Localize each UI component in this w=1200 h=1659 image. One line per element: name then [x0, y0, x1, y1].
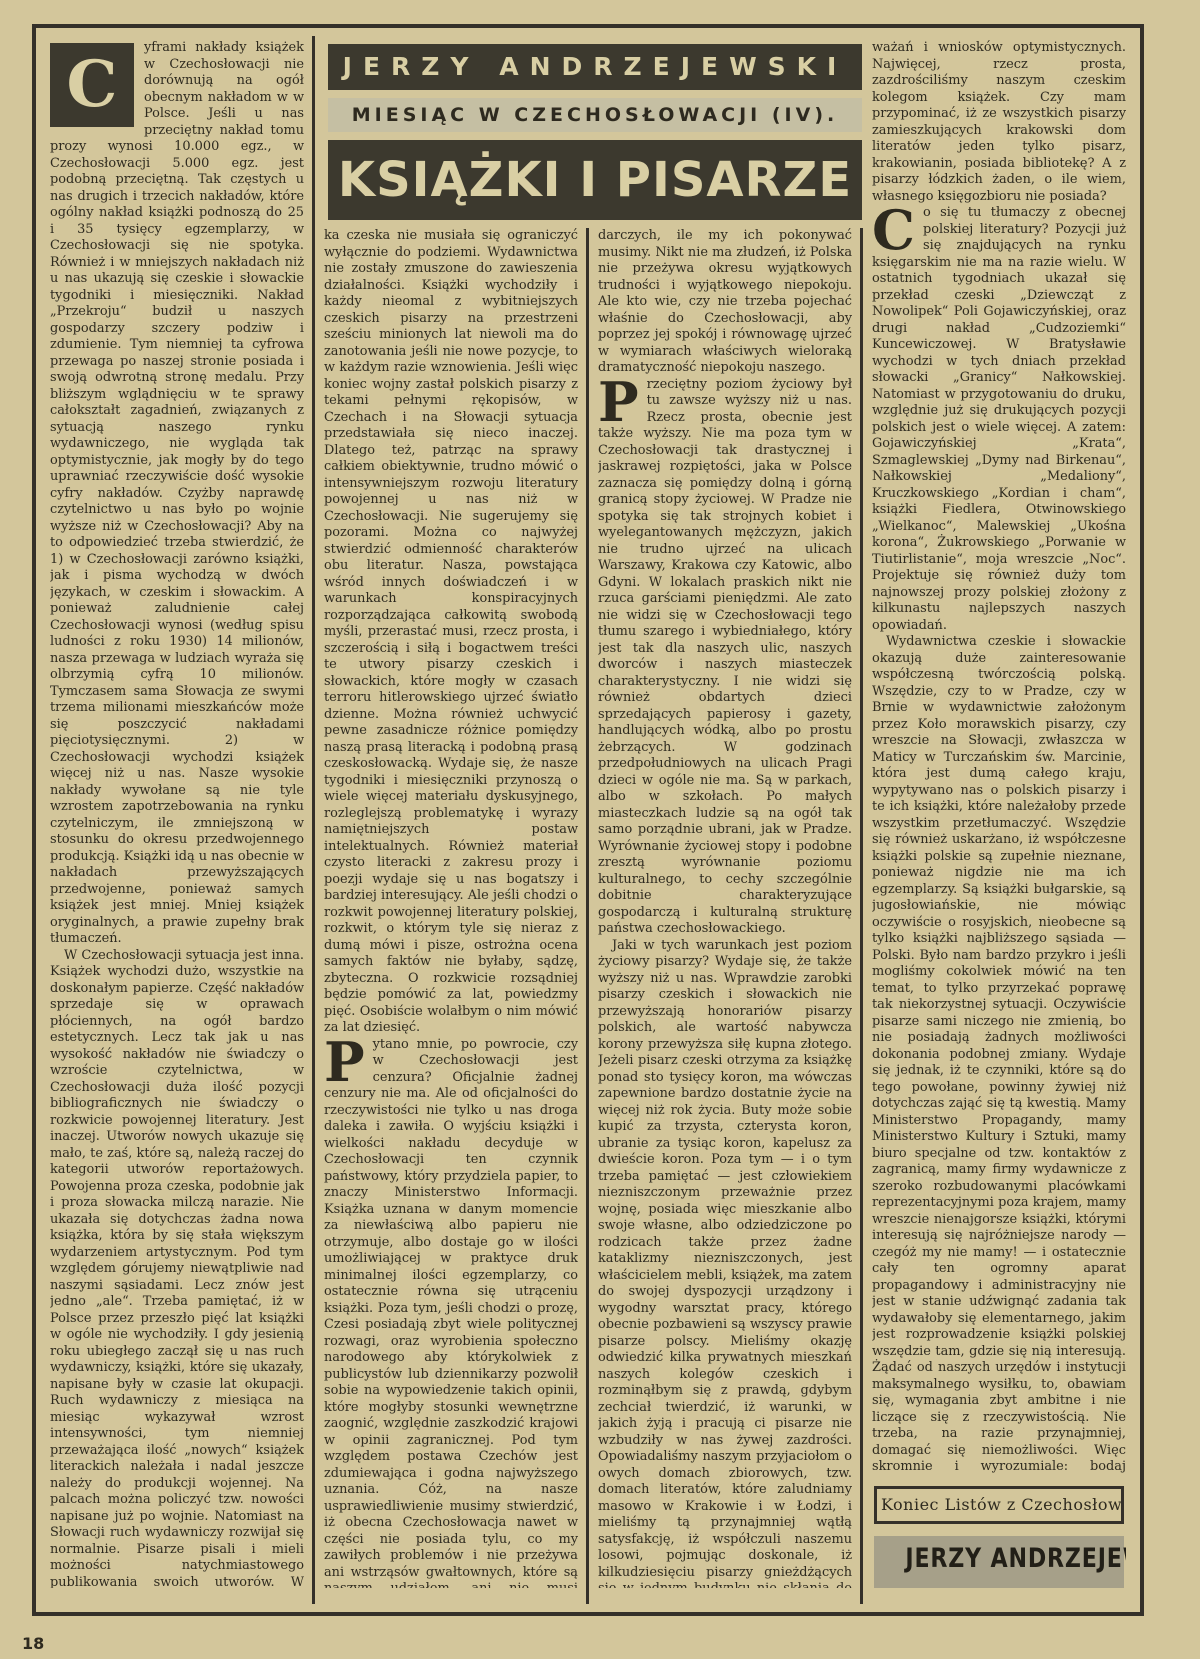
masthead-title-band: KSIĄŻKI I PISARZE — [328, 140, 862, 220]
article-paragraph: Co się tu tłumaczy z obecnej polskiej li… — [872, 205, 1126, 634]
article-paragraph: Przeciętny poziom życiowy był tu zawsze … — [598, 377, 852, 938]
article-column-4: ważań i wniosków optymistycznych. Najwię… — [872, 40, 1126, 1588]
column-paragraphs: Cyframi nakłady książek w Czechosłowacji… — [50, 40, 304, 1588]
article-paragraph: Jaki w tych warunkach jest poziom życiow… — [598, 938, 852, 1589]
masthead-series-band: MIESIĄC W CZECHOSŁOWACJI (IV). — [328, 98, 862, 132]
article-paragraph: ważań i wniosków optymistycznych. Najwię… — [872, 40, 1126, 205]
drop-cap: P — [598, 380, 639, 424]
article-paragraph: Pytano mnie, po powrocie, czy w Czechosł… — [324, 1037, 578, 1589]
article-column-3: darczych, ile my ich pokonywać musimy. N… — [598, 228, 852, 1588]
author-name: JERZY ANDRZEJEWSKI — [343, 52, 848, 81]
article-paragraph: ka czeska nie musiała się ograniczyć wył… — [324, 228, 578, 1037]
masthead: JERZY ANDRZEJEWSKI MIESIĄC W CZECHOSŁOWA… — [328, 44, 862, 228]
column-rule — [860, 228, 863, 1604]
masthead-author-band: JERZY ANDRZEJEWSKI — [328, 44, 862, 90]
article-column-1: Cyframi nakłady książek w Czechosłowacji… — [50, 40, 304, 1588]
article-paragraph: Cyframi nakłady książek w Czechosłowacji… — [50, 40, 304, 948]
article-paragraph: W Czechosłowacji sytuacja jest inna. Ksi… — [50, 948, 304, 1589]
end-note-box: Koniec Listów z Czechosłowacji — [874, 1486, 1124, 1524]
article-paragraph: Wydawnictwa czeskie i słowackie okazują … — [872, 634, 1126, 1476]
page-frame: Cyframi nakłady książek w Czechosłowacji… — [32, 24, 1144, 1616]
article-column-2: ka czeska nie musiała się ograniczyć wył… — [324, 228, 578, 1588]
signature-text: JERZY ANDRZEJEWSKI — [905, 1551, 1126, 1568]
page-number: 18 — [22, 1634, 44, 1653]
article-paragraph: darczych, ile my ich pokonywać musimy. N… — [598, 228, 852, 377]
column-paragraphs: ka czeska nie musiała się ograniczyć wył… — [324, 228, 578, 1588]
column-paragraphs: ważań i wniosków optymistycznych. Najwię… — [872, 40, 1126, 1476]
signature-box: JERZY ANDRZEJEWSKI — [874, 1536, 1124, 1589]
column-rule — [312, 36, 315, 1604]
drop-cap: C — [872, 208, 915, 252]
column-rule — [586, 228, 589, 1604]
end-note-text: Koniec Listów z Czechosłowacji — [881, 1495, 1124, 1514]
article-title: KSIĄŻKI I PISARZE — [338, 152, 852, 208]
drop-cap: P — [324, 1040, 365, 1084]
drop-cap: C — [50, 43, 134, 127]
series-title: MIESIĄC W CZECHOSŁOWACJI (IV). — [352, 104, 838, 126]
column-paragraphs: darczych, ile my ich pokonywać musimy. N… — [598, 228, 852, 1588]
